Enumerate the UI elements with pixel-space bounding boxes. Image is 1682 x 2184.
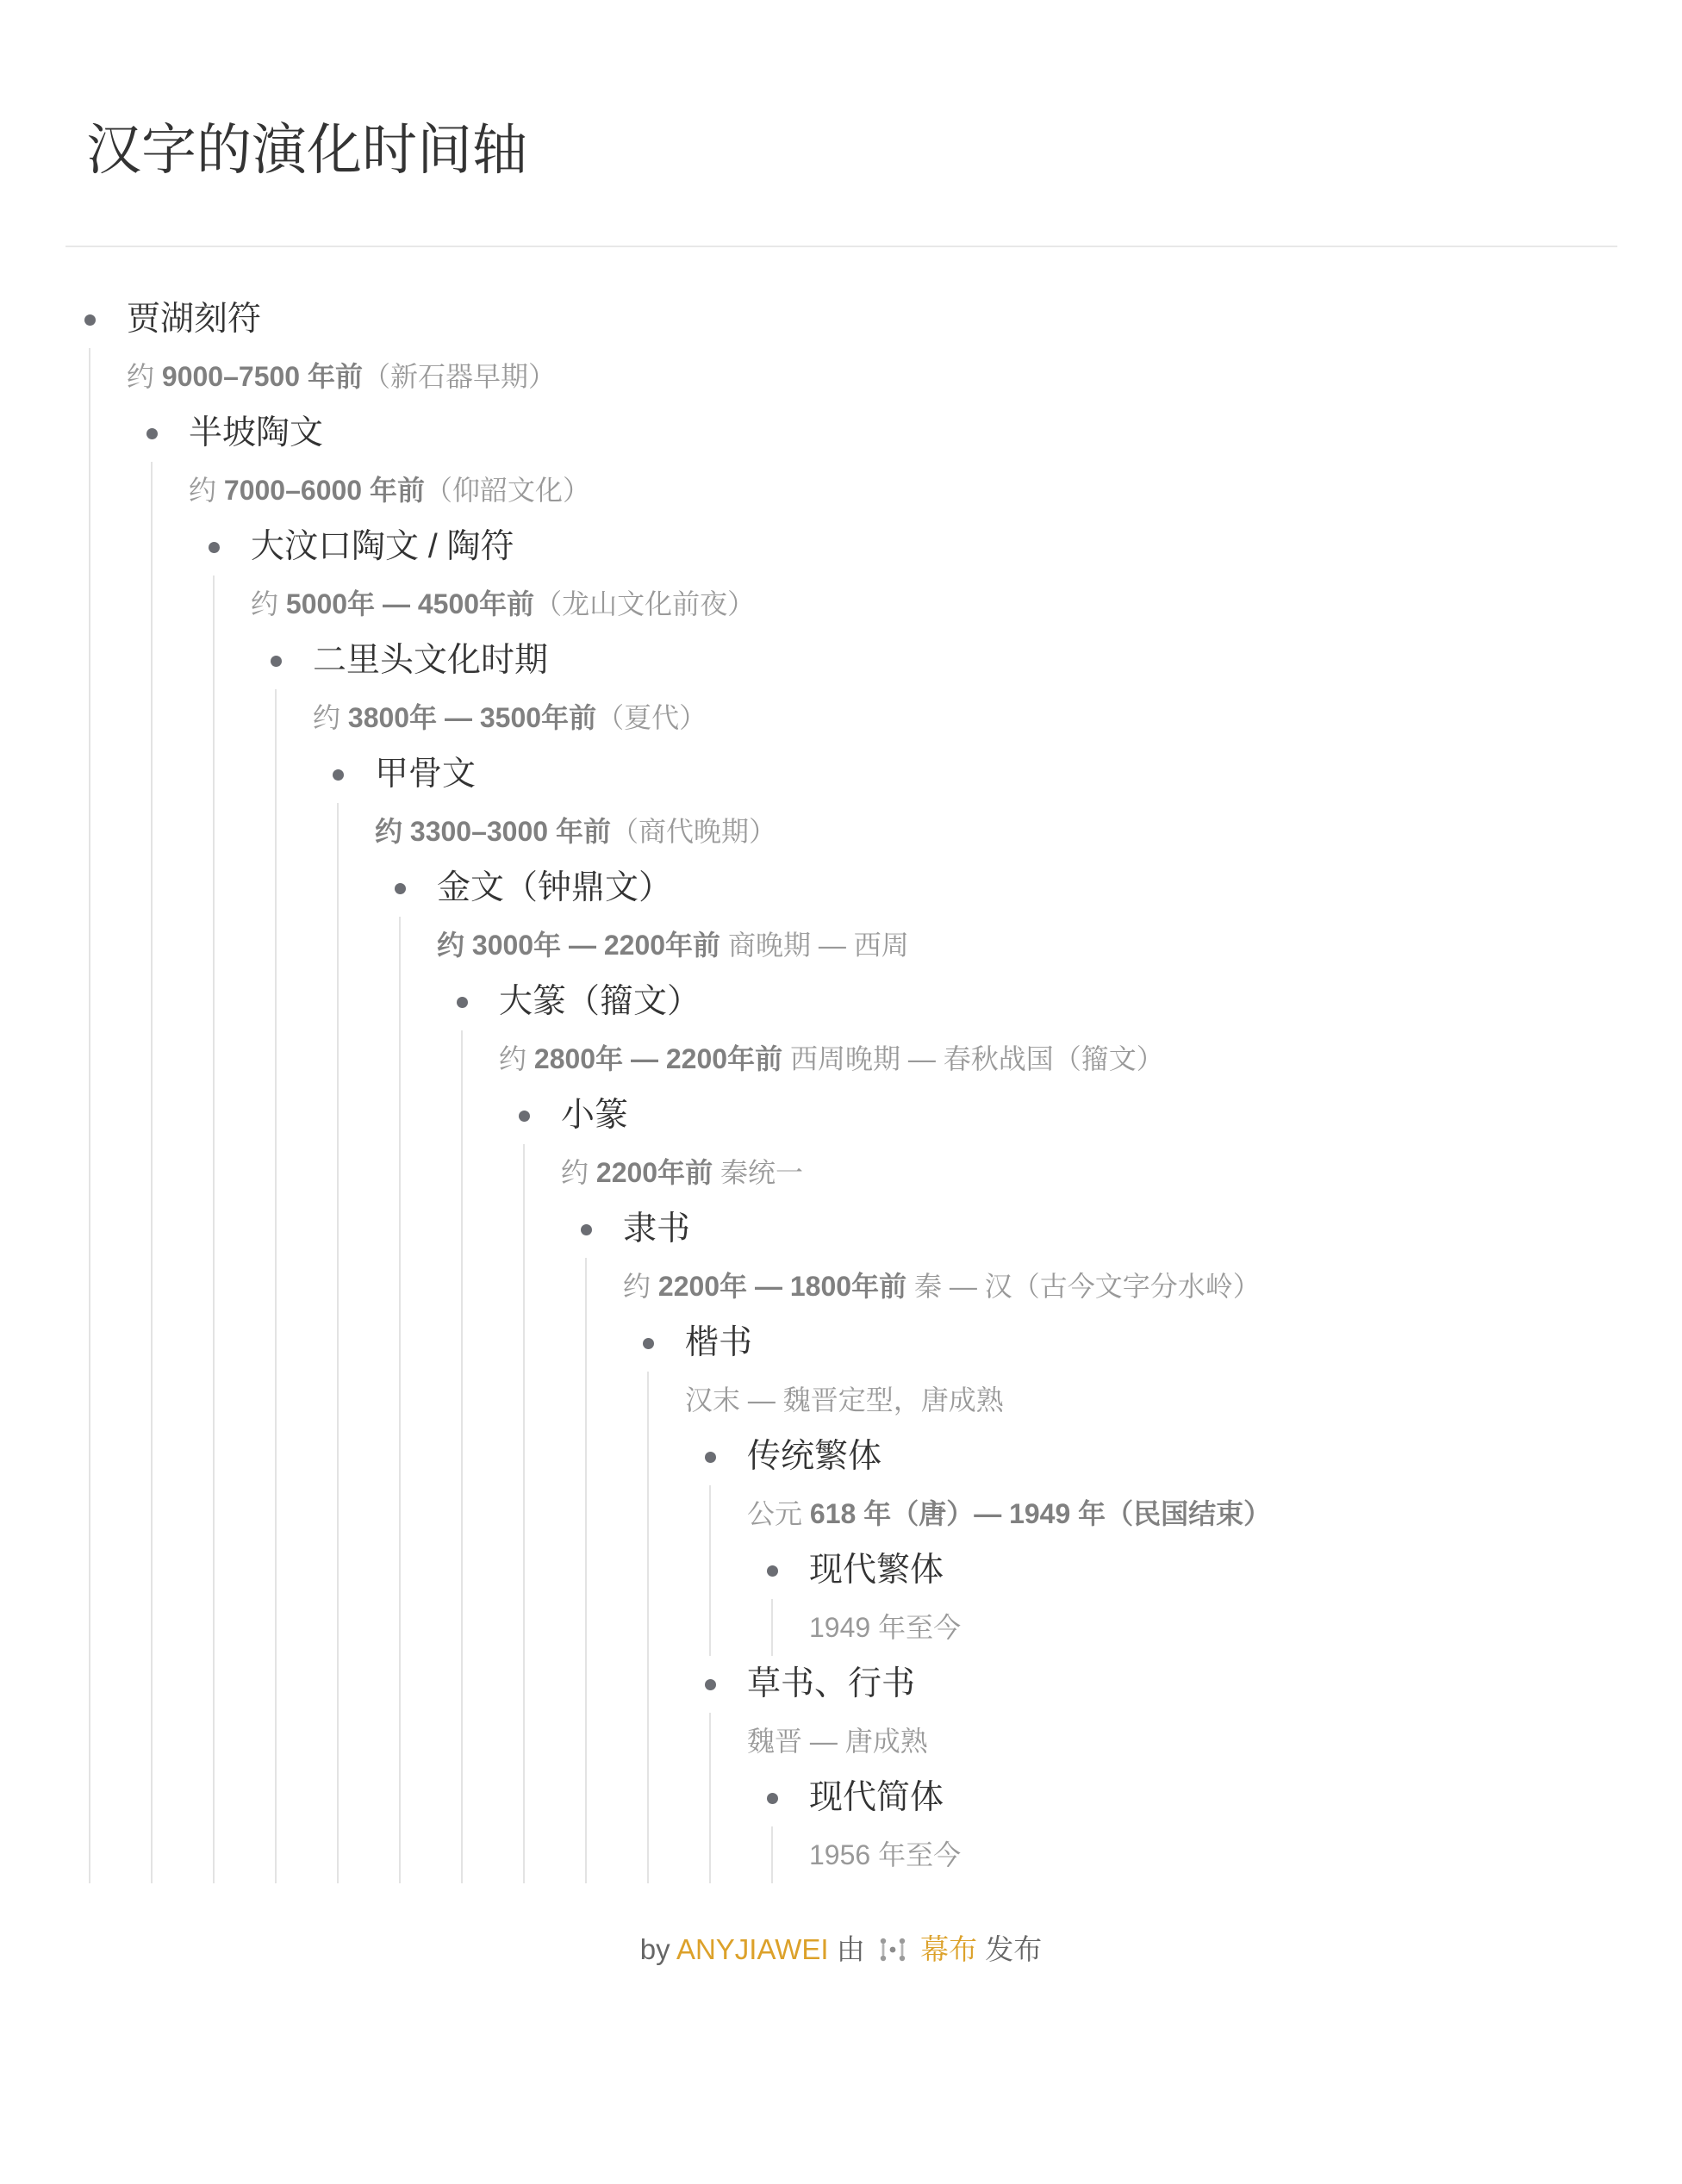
note-emphasis: 2800年 — 2200年前 xyxy=(534,1043,782,1074)
node-body-guide-line: 约 9000–7500 年前（新石器早期）半坡陶文约 7000–6000 年前（… xyxy=(89,348,773,1883)
platform-link[interactable]: 幕布 xyxy=(920,1933,977,1965)
node-note-row: 约 2800年 — 2200年前 西周晚期 — 春秋战国（籀文） xyxy=(463,1030,773,1087)
note-emphasis: 3800年 — 3500年前 xyxy=(348,702,596,733)
node-body-guide-line: 约 3800年 — 3500年前（夏代）甲骨文约 3300–3000 年前（商代… xyxy=(275,689,773,1883)
note-text: 西周晚期 — 春秋战国（籀文） xyxy=(782,1043,1164,1074)
node-row[interactable]: 小篆 xyxy=(523,1087,773,1144)
bullet-dot-icon[interactable] xyxy=(643,1338,654,1349)
node-note[interactable]: 魏晋 — 唐成熟 xyxy=(747,1713,928,1770)
node-body-guide-line: 约 2200年 — 1800年前 秦 — 汉（古今文字分水岭）楷书汉末 — 魏晋… xyxy=(585,1258,773,1883)
note-text: （龙山文化前夜） xyxy=(534,588,755,619)
bullet-dot-icon[interactable] xyxy=(395,883,406,894)
outline-node: 大汶口陶文 / 陶符约 5000年 — 4500年前（龙山文化前夜）二里头文化时… xyxy=(213,519,773,1883)
node-row[interactable]: 隶书 xyxy=(585,1201,773,1258)
note-emphasis: 5000年 — 4500年前 xyxy=(286,588,534,619)
node-row[interactable]: 大汶口陶文 / 陶符 xyxy=(213,519,773,576)
node-body-guide-line: 魏晋 — 唐成熟现代简体1956 年至今 xyxy=(709,1713,773,1883)
outline-tree: 贾湖刻符约 9000–7500 年前（新石器早期）半坡陶文约 7000–6000… xyxy=(89,291,773,1883)
note-text: （夏代） xyxy=(596,702,707,733)
node-body-guide-line: 1949 年至今 xyxy=(771,1599,773,1656)
node-note-row: 公元 618 年（唐）— 1949 年（民国结束） xyxy=(711,1485,773,1542)
child-list: 小篆约 2200年前 秦统一隶书约 2200年 — 1800年前 秦 — 汉（古… xyxy=(523,1087,773,1883)
node-note[interactable]: 约 2200年 — 1800年前 秦 — 汉（古今文字分水岭） xyxy=(623,1258,1261,1315)
node-title[interactable]: 贾湖刻符 xyxy=(127,291,261,348)
node-title[interactable]: 小篆 xyxy=(561,1087,628,1144)
node-title[interactable]: 现代繁体 xyxy=(809,1542,944,1599)
node-row[interactable]: 楷书 xyxy=(647,1315,773,1372)
node-title[interactable]: 隶书 xyxy=(623,1201,690,1258)
note-emphasis: 约 3000年 — 2200年前 xyxy=(437,930,720,961)
note-text: （新石器早期） xyxy=(363,361,556,392)
node-note-row: 汉末 — 魏晋定型，唐成熟 xyxy=(649,1372,773,1428)
node-row[interactable]: 传统繁体 xyxy=(709,1428,773,1485)
node-row[interactable]: 草书、行书 xyxy=(709,1656,773,1713)
author-link[interactable]: ANYJIAWEI xyxy=(676,1933,829,1965)
node-row[interactable]: 二里头文化时期 xyxy=(275,632,773,689)
node-row[interactable]: 甲骨文 xyxy=(337,746,773,803)
node-row[interactable]: 大篆（籀文） xyxy=(461,974,773,1030)
node-note-row: 约 3300–3000 年前（商代晚期） xyxy=(339,803,773,860)
outline-node: 现代简体1956 年至今 xyxy=(771,1770,773,1883)
node-note-row: 魏晋 — 唐成熟 xyxy=(711,1713,773,1770)
title-divider xyxy=(65,246,1617,247)
node-row[interactable]: 半坡陶文 xyxy=(151,405,773,462)
child-list: 隶书约 2200年 — 1800年前 秦 — 汉（古今文字分水岭）楷书汉末 — … xyxy=(585,1201,773,1883)
outline-node: 二里头文化时期约 3800年 — 3500年前（夏代）甲骨文约 3300–300… xyxy=(275,632,773,1883)
node-note-row: 约 2200年 — 1800年前 秦 — 汉（古今文字分水岭） xyxy=(587,1258,773,1315)
bullet-dot-icon[interactable] xyxy=(333,769,344,781)
node-note-row: 约 7000–6000 年前（仰韶文化） xyxy=(153,462,773,519)
outline-node: 草书、行书魏晋 — 唐成熟现代简体1956 年至今 xyxy=(709,1656,773,1883)
child-list: 甲骨文约 3300–3000 年前（商代晚期）金文（钟鼎文）约 3000年 — … xyxy=(337,746,773,1883)
note-emphasis: 618 年（唐）— 1949 年（民国结束） xyxy=(810,1498,1271,1529)
outline-node: 金文（钟鼎文）约 3000年 — 2200年前 商晚期 — 西周大篆（籀文）约 … xyxy=(399,860,773,1883)
note-text: 约 xyxy=(251,588,286,619)
note-text: 约 xyxy=(127,361,162,392)
note-text: 汉末 — 魏晋定型，唐成熟 xyxy=(685,1384,1004,1416)
child-list: 楷书汉末 — 魏晋定型，唐成熟传统繁体公元 618 年（唐）— 1949 年（民… xyxy=(647,1315,773,1883)
footer-published-label: 发布 xyxy=(985,1933,1042,1965)
child-list: 二里头文化时期约 3800年 — 3500年前（夏代）甲骨文约 3300–300… xyxy=(275,632,773,1883)
node-note-row: 约 9000–7500 年前（新石器早期） xyxy=(90,348,773,405)
note-text: 约 xyxy=(313,702,348,733)
note-text: 约 xyxy=(189,475,224,506)
node-note[interactable]: 约 5000年 — 4500年前（龙山文化前夜） xyxy=(251,576,755,632)
bullet-dot-icon[interactable] xyxy=(209,542,220,553)
outline-node: 贾湖刻符约 9000–7500 年前（新石器早期）半坡陶文约 7000–6000… xyxy=(89,291,773,1883)
node-title[interactable]: 现代简体 xyxy=(809,1770,944,1826)
node-note[interactable]: 1956 年至今 xyxy=(809,1826,961,1883)
bullet-dot-icon[interactable] xyxy=(146,428,158,439)
node-body-guide-line: 汉末 — 魏晋定型，唐成熟传统繁体公元 618 年（唐）— 1949 年（民国结… xyxy=(647,1372,773,1883)
node-body-guide-line: 公元 618 年（唐）— 1949 年（民国结束）现代繁体1949 年至今 xyxy=(709,1485,773,1656)
node-note[interactable]: 约 2800年 — 2200年前 西周晚期 — 春秋战国（籀文） xyxy=(499,1030,1164,1087)
note-emphasis: 2200年 — 1800年前 xyxy=(658,1271,906,1302)
child-list: 现代繁体1949 年至今 xyxy=(771,1542,773,1656)
node-note[interactable]: 汉末 — 魏晋定型，唐成熟 xyxy=(685,1372,1004,1428)
note-emphasis: 约 3300–3000 年前 xyxy=(375,816,611,847)
child-list: 现代简体1956 年至今 xyxy=(771,1770,773,1883)
node-row[interactable]: 现代繁体 xyxy=(771,1542,773,1599)
bullet-dot-icon[interactable] xyxy=(767,1565,778,1577)
node-note-row: 约 3800年 — 3500年前（夏代） xyxy=(277,689,773,746)
node-body-guide-line: 约 2200年前 秦统一隶书约 2200年 — 1800年前 秦 — 汉（古今文… xyxy=(523,1144,773,1883)
node-body-guide-line: 1956 年至今 xyxy=(771,1826,773,1883)
node-title[interactable]: 草书、行书 xyxy=(747,1656,915,1713)
note-text: 约 xyxy=(623,1271,658,1302)
child-list: 半坡陶文约 7000–6000 年前（仰韶文化）大汶口陶文 / 陶符约 5000… xyxy=(151,405,773,1883)
node-row[interactable]: 现代简体 xyxy=(771,1770,773,1826)
note-text: 1949 年至今 xyxy=(809,1612,961,1643)
node-note[interactable]: 1949 年至今 xyxy=(809,1599,961,1656)
node-note[interactable]: 约 3800年 — 3500年前（夏代） xyxy=(313,689,707,746)
node-body-guide-line: 约 3000年 — 2200年前 商晚期 — 西周大篆（籀文）约 2800年 —… xyxy=(399,917,773,1883)
node-note[interactable]: 约 7000–6000 年前（仰韶文化） xyxy=(189,462,590,519)
note-text: 公元 xyxy=(747,1498,810,1529)
node-row[interactable]: 金文（钟鼎文） xyxy=(399,860,773,917)
bullet-dot-icon[interactable] xyxy=(519,1111,530,1122)
child-list: 大汶口陶文 / 陶符约 5000年 — 4500年前（龙山文化前夜）二里头文化时… xyxy=(213,519,773,1883)
node-title[interactable]: 甲骨文 xyxy=(375,746,476,803)
outline-node: 楷书汉末 — 魏晋定型，唐成熟传统繁体公元 618 年（唐）— 1949 年（民… xyxy=(647,1315,773,1883)
bullet-dot-icon[interactable] xyxy=(705,1679,716,1690)
outline-node: 小篆约 2200年前 秦统一隶书约 2200年 — 1800年前 秦 — 汉（古… xyxy=(523,1087,773,1883)
note-text: （仰韶文化） xyxy=(425,475,590,506)
outline-node: 隶书约 2200年 — 1800年前 秦 — 汉（古今文字分水岭）楷书汉末 — … xyxy=(585,1201,773,1883)
footer-via-label: 由 xyxy=(837,1933,865,1965)
note-text: 约 xyxy=(499,1043,534,1074)
node-note[interactable]: 约 9000–7500 年前（新石器早期） xyxy=(127,348,556,405)
note-emphasis: 2200年前 xyxy=(596,1157,713,1188)
note-text: 秦 — 汉（古今文字分水岭） xyxy=(906,1271,1261,1302)
outline-node: 现代繁体1949 年至今 xyxy=(771,1542,773,1656)
note-text: （商代晚期） xyxy=(611,816,776,847)
node-note[interactable]: 公元 618 年（唐）— 1949 年（民国结束） xyxy=(747,1485,1271,1542)
bullet-dot-icon[interactable] xyxy=(767,1793,778,1804)
node-title[interactable]: 传统繁体 xyxy=(747,1428,881,1485)
node-title[interactable]: 大汶口陶文 / 陶符 xyxy=(251,519,514,576)
node-note-row: 约 3000年 — 2200年前 商晚期 — 西周 xyxy=(401,917,773,974)
node-row[interactable]: 贾湖刻符 xyxy=(89,291,773,348)
outline-node: 半坡陶文约 7000–6000 年前（仰韶文化）大汶口陶文 / 陶符约 5000… xyxy=(151,405,773,1883)
node-body-guide-line: 约 3300–3000 年前（商代晚期）金文（钟鼎文）约 3000年 — 220… xyxy=(337,803,773,1883)
note-text: 商晚期 — 西周 xyxy=(720,930,909,961)
node-title[interactable]: 金文（钟鼎文） xyxy=(437,860,672,917)
page-title: 汉字的演化时间轴 xyxy=(86,114,527,186)
node-body-guide-line: 约 7000–6000 年前（仰韶文化）大汶口陶文 / 陶符约 5000年 — … xyxy=(151,462,773,1883)
bullet-dot-icon[interactable] xyxy=(84,314,96,326)
node-title[interactable]: 半坡陶文 xyxy=(189,405,323,462)
note-text: 魏晋 — 唐成熟 xyxy=(747,1726,928,1757)
bullet-dot-icon[interactable] xyxy=(581,1224,592,1235)
child-list: 金文（钟鼎文）约 3000年 — 2200年前 商晚期 — 西周大篆（籀文）约 … xyxy=(399,860,773,1883)
outline-node: 大篆（籀文）约 2800年 — 2200年前 西周晚期 — 春秋战国（籀文）小篆… xyxy=(461,974,773,1883)
outline-root-list: 贾湖刻符约 9000–7500 年前（新石器早期）半坡陶文约 7000–6000… xyxy=(89,291,773,1883)
node-body-guide-line: 约 5000年 — 4500年前（龙山文化前夜）二里头文化时期约 3800年 —… xyxy=(213,576,773,1883)
node-note[interactable]: 约 2200年前 秦统一 xyxy=(561,1144,803,1201)
bullet-dot-icon[interactable] xyxy=(457,997,468,1008)
footer: by ANYJIAWEI 由 幕布 发布 xyxy=(0,1930,1682,1969)
bullet-dot-icon[interactable] xyxy=(705,1452,716,1463)
node-note-row: 约 5000年 — 4500年前（龙山文化前夜） xyxy=(215,576,773,632)
note-text: 秦统一 xyxy=(713,1157,803,1188)
note-emphasis: 7000–6000 年前 xyxy=(224,475,425,506)
node-title[interactable]: 大篆（籀文） xyxy=(499,974,701,1030)
outline-node: 甲骨文约 3300–3000 年前（商代晚期）金文（钟鼎文）约 3000年 — … xyxy=(337,746,773,1883)
node-note-row: 约 2200年前 秦统一 xyxy=(525,1144,773,1201)
node-note[interactable]: 约 3300–3000 年前（商代晚期） xyxy=(375,803,776,860)
note-text: 1956 年至今 xyxy=(809,1839,961,1870)
footer-by-label: by xyxy=(640,1933,670,1965)
mubu-logo-icon xyxy=(878,1937,907,1963)
note-text: 约 xyxy=(561,1157,596,1188)
node-body-guide-line: 约 2800年 — 2200年前 西周晚期 — 春秋战国（籀文）小篆约 2200… xyxy=(461,1030,773,1883)
child-list: 传统繁体公元 618 年（唐）— 1949 年（民国结束）现代繁体1949 年至… xyxy=(709,1428,773,1883)
note-emphasis: 9000–7500 年前 xyxy=(162,361,363,392)
node-title[interactable]: 二里头文化时期 xyxy=(313,632,548,689)
bullet-dot-icon[interactable] xyxy=(271,656,282,667)
node-title[interactable]: 楷书 xyxy=(685,1315,752,1372)
child-list: 大篆（籀文）约 2800年 — 2200年前 西周晚期 — 春秋战国（籀文）小篆… xyxy=(461,974,773,1883)
outline-node: 传统繁体公元 618 年（唐）— 1949 年（民国结束）现代繁体1949 年至… xyxy=(709,1428,773,1656)
node-note[interactable]: 约 3000年 — 2200年前 商晚期 — 西周 xyxy=(437,917,909,974)
